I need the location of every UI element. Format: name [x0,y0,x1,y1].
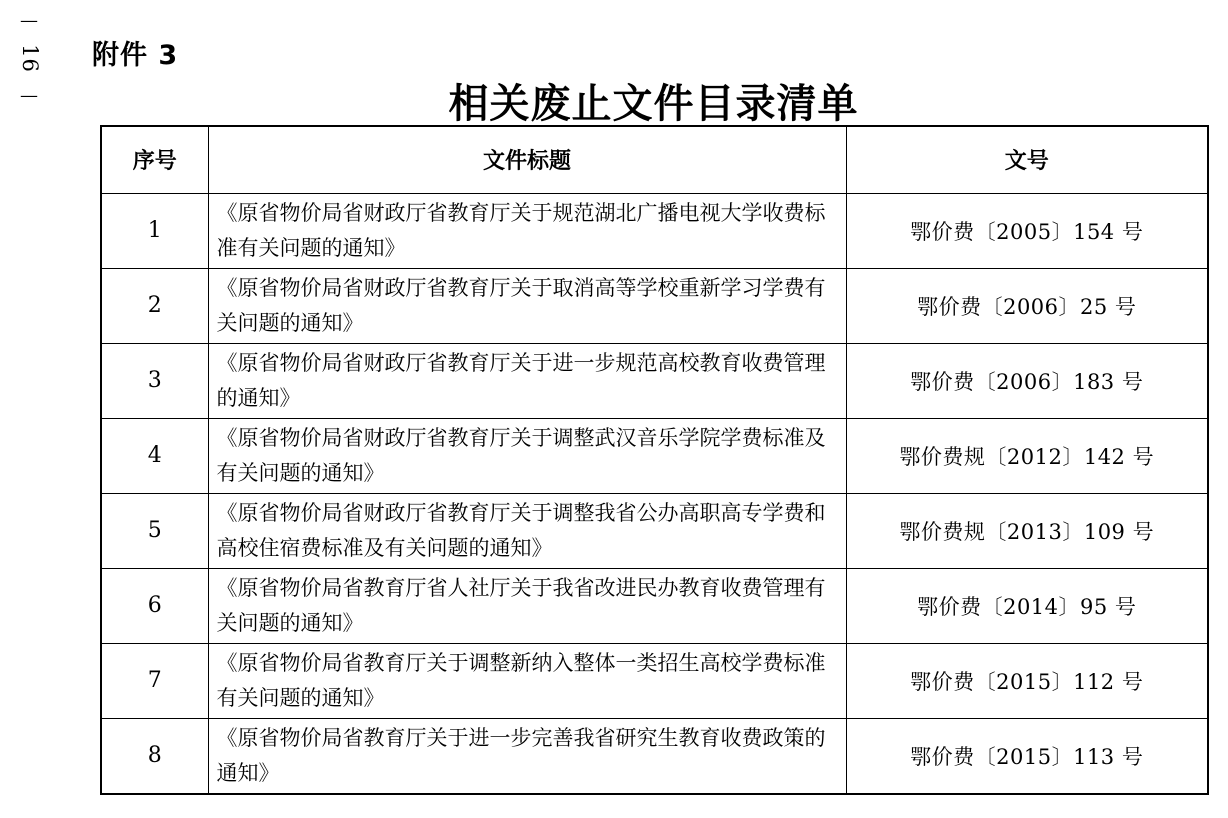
table-row: 7 《原省物价局省教育厅关于调整新纳入整体一类招生高校学费标准有关问题的通知》 … [101,643,1208,718]
table-row: 2 《原省物价局省财政厅省教育厅关于取消高等学校重新学习学费有关问题的通知》 鄂… [101,268,1208,343]
row-document-title: 《原省物价局省财政厅省教育厅关于进一步规范高校教育收费管理的通知》 [208,343,846,418]
side-page-number: — 16 — [12,12,46,105]
table-row: 6 《原省物价局省教育厅省人社厅关于我省改进民办教育收费管理有关问题的通知》 鄂… [101,568,1208,643]
row-document-title: 《原省物价局省教育厅关于调整新纳入整体一类招生高校学费标准有关问题的通知》 [208,643,846,718]
row-document-number: 鄂价费〔2014〕95 号 [846,568,1208,643]
table-row: 4 《原省物价局省财政厅省教育厅关于调整武汉音乐学院学费标准及有关问题的通知》 … [101,418,1208,493]
row-index: 7 [101,643,208,718]
page-number-top-dash: — [20,12,38,30]
page-title: 相关废止文件目录清单 [100,72,1207,129]
attachment-label: 附件 3 [92,33,178,72]
header-document-title: 文件标题 [208,126,846,193]
abolished-documents-table: 序号 文件标题 文号 1 《原省物价局省财政厅省教育厅关于规范湖北广播电视大学收… [100,125,1209,795]
table-row: 1 《原省物价局省财政厅省教育厅关于规范湖北广播电视大学收费标准有关问题的通知》… [101,193,1208,268]
row-index: 1 [101,193,208,268]
table-row: 3 《原省物价局省财政厅省教育厅关于进一步规范高校教育收费管理的通知》 鄂价费〔… [101,343,1208,418]
row-document-title: 《原省物价局省财政厅省教育厅关于调整武汉音乐学院学费标准及有关问题的通知》 [208,418,846,493]
row-document-number: 鄂价费规〔2012〕142 号 [846,418,1208,493]
page-number-bottom-dash: — [20,87,38,105]
row-document-number: 鄂价费规〔2013〕109 号 [846,493,1208,568]
row-document-number: 鄂价费〔2015〕112 号 [846,643,1208,718]
table-row: 5 《原省物价局省财政厅省教育厅关于调整我省公办高职高专学费和高校住宿费标准及有… [101,493,1208,568]
row-document-number: 鄂价费〔2005〕154 号 [846,193,1208,268]
row-document-title: 《原省物价局省教育厅关于进一步完善我省研究生教育收费政策的通知》 [208,718,846,794]
row-index: 6 [101,568,208,643]
row-document-number: 鄂价费〔2006〕25 号 [846,268,1208,343]
page-number-value: 16 [12,44,45,73]
table-body: 1 《原省物价局省财政厅省教育厅关于规范湖北广播电视大学收费标准有关问题的通知》… [101,193,1208,794]
row-document-number: 鄂价费〔2015〕113 号 [846,718,1208,794]
row-index: 8 [101,718,208,794]
document-page: — 16 — 附件 3 相关废止文件目录清单 序号 文件标题 文号 1 《原省物… [0,0,1228,818]
row-document-title: 《原省物价局省财政厅省教育厅关于取消高等学校重新学习学费有关问题的通知》 [208,268,846,343]
row-index: 2 [101,268,208,343]
row-index: 3 [101,343,208,418]
row-document-title: 《原省物价局省教育厅省人社厅关于我省改进民办教育收费管理有关问题的通知》 [208,568,846,643]
table-header-row: 序号 文件标题 文号 [101,126,1208,193]
header-document-number: 文号 [846,126,1208,193]
row-index: 4 [101,418,208,493]
row-document-title: 《原省物价局省财政厅省教育厅关于调整我省公办高职高专学费和高校住宿费标准及有关问… [208,493,846,568]
header-index: 序号 [101,126,208,193]
row-document-number: 鄂价费〔2006〕183 号 [846,343,1208,418]
row-index: 5 [101,493,208,568]
row-document-title: 《原省物价局省财政厅省教育厅关于规范湖北广播电视大学收费标准有关问题的通知》 [208,193,846,268]
table-row: 8 《原省物价局省教育厅关于进一步完善我省研究生教育收费政策的通知》 鄂价费〔2… [101,718,1208,794]
